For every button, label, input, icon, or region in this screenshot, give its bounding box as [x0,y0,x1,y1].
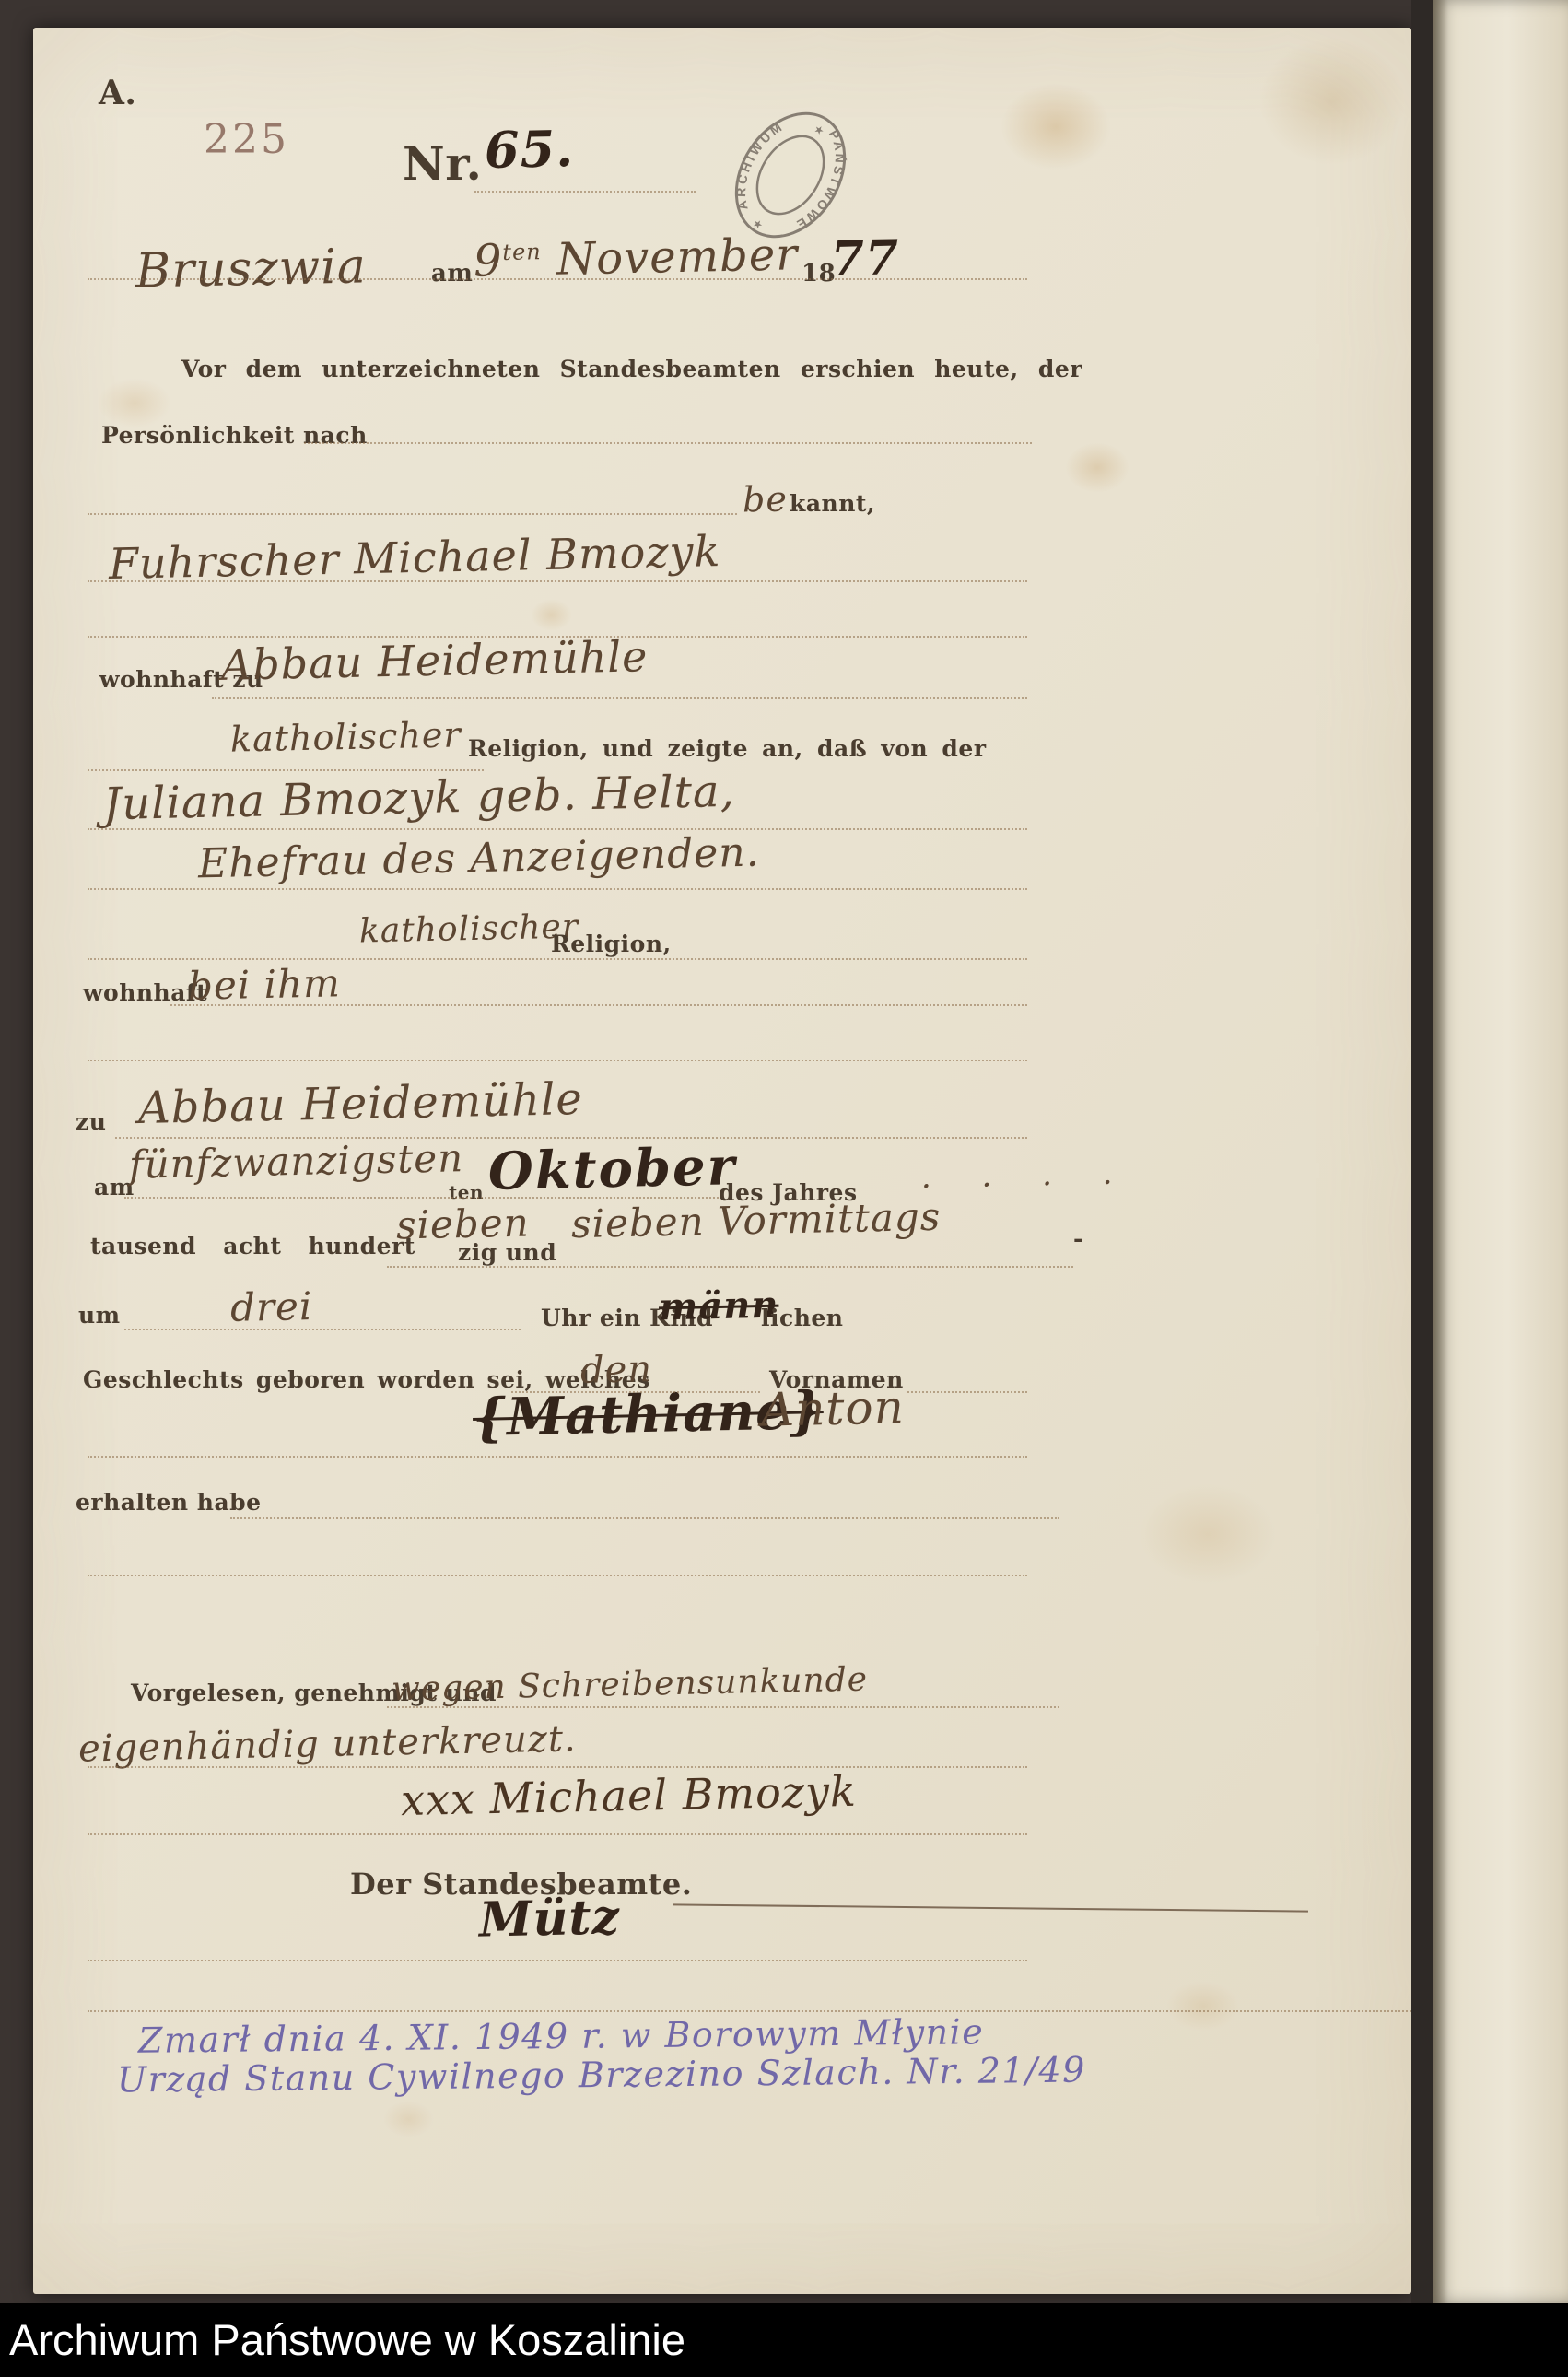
religion-handwritten: katholischer [230,714,462,759]
dotted-line [88,1766,1027,1768]
bei-ihm-handwritten: bei ihm [188,960,342,1008]
closing-written-1: wegen Schreibensunkunde [392,1661,869,1709]
declarant-name-handwritten: Fuhrscher Michael Bmozyk [109,526,721,589]
dotted-line [387,1266,1073,1268]
scan-backdrop: A. 225 Nr. 65. ARCHIWUM PAŃSTWOWE ★ ★ Br… [0,0,1568,2377]
record-number-value: 65. [484,119,574,180]
um-label: um [78,1302,121,1329]
mother-relation-handwritten: Ehefrau des Anzeigenden. [198,829,761,888]
dotted-line [907,1391,1027,1393]
footer-bar: Archiwum Państwowe w Koszalinie [0,2303,1568,2377]
dotted-line [124,1329,521,1330]
stain [1065,442,1129,493]
date-month: November [556,228,799,285]
lichen-printed: lichen [761,1305,843,1331]
stain [1258,37,1406,166]
stain [1139,1483,1277,1585]
mark-signature-handwritten: xxx Michael Bmozyk [400,1766,857,1825]
forename-final-handwritten: Anton [760,1380,905,1436]
record-number-label: Nr. [403,136,482,191]
birth-month-handwritten: Oktober [487,1136,736,1202]
tausend-printed: tausend acht hundert [90,1233,415,1259]
dotted-line [88,278,1027,280]
religion2-printed: Religion, [551,931,672,957]
persoenlichkeit-label: Persönlichkeit nach [101,422,368,449]
closing-written-2: eigenhändig unterkreuzt. [78,1717,577,1770]
dotted-line [88,513,737,515]
dotted-line [304,442,1032,444]
place-name-handwritten: Bruszwia [135,239,367,299]
signature-flourish [673,1903,1308,1912]
adjacent-page-edge [1433,0,1568,2303]
hyphen-printed: - [1073,1225,1083,1252]
archival-page-number: 225 [204,116,289,163]
dotted-line [511,1391,760,1393]
stain [383,2101,434,2137]
mother-name-handwritten: Juliana Bmozyk geb. Helta, [102,766,735,830]
religion2-handwritten: katholischer [359,908,579,951]
ten-printed: ten [449,1181,484,1203]
dotted-line [170,1004,1027,1006]
religion-printed: Religion, und zeigte an, daß von der [468,735,986,762]
stain [1166,1981,1240,2032]
dotted-line [230,1517,1059,1519]
dotted-line [88,1456,1027,1458]
registrar-signature: Mütz [478,1889,620,1948]
stain [531,599,572,631]
paper-sheet: A. 225 Nr. 65. ARCHIWUM PAŃSTWOWE ★ ★ Br… [33,28,1411,2294]
ditto-dots: · · · · [921,1165,1114,1205]
intro-line-1: Vor dem unterzeichneten Standesbeamten e… [181,356,1082,382]
zig-und-printed: zig und [458,1239,556,1266]
erhalten-habe-printed: erhalten habe [76,1489,262,1516]
dotted-line [88,769,484,771]
stamp-star-top-icon: ★ [812,122,827,138]
dotted-line [387,1706,1059,1708]
dotted-line [88,1575,1027,1576]
birth-day-handwritten: fünfzwanzigsten [129,1135,464,1188]
declarant-residence-handwritten: Abbau Heidemühle [220,631,648,690]
dotted-line [88,580,1027,582]
dotted-line [474,191,696,193]
units-daytime-handwritten: sieben Vormittags [571,1194,942,1247]
dotted-line [88,958,1027,960]
date-day-suffix: ten [502,239,542,265]
dotted-line [88,636,1027,638]
hour-handwritten: drei [229,1283,312,1330]
dotted-line [88,2010,1419,2012]
corner-letter: A. [99,74,136,112]
dotted-line [88,1960,1027,1961]
stain [1000,83,1111,170]
bekannt-printed: kannt, [790,490,875,517]
dotted-line [124,1197,719,1199]
dotted-line [115,1137,1027,1139]
dotted-line [212,697,1027,699]
am-label: am [431,260,473,287]
dotted-line [88,1833,1027,1835]
dotted-line [88,888,1027,890]
archive-name-label: Archiwum Państwowe w Koszalinie [9,2314,685,2365]
stain [98,378,171,428]
zu-label: zu [76,1108,106,1135]
dotted-line [88,828,1027,830]
bekannt-written: be [743,478,789,520]
svg-text:ARCHIWUM: ARCHIWUM [715,113,800,217]
birthplace-handwritten: Abbau Heidemühle [137,1073,583,1134]
dotted-line [88,1060,1027,1061]
stamp-text-archiwum: ARCHIWUM [715,113,800,217]
book-gutter [1411,0,1433,2303]
